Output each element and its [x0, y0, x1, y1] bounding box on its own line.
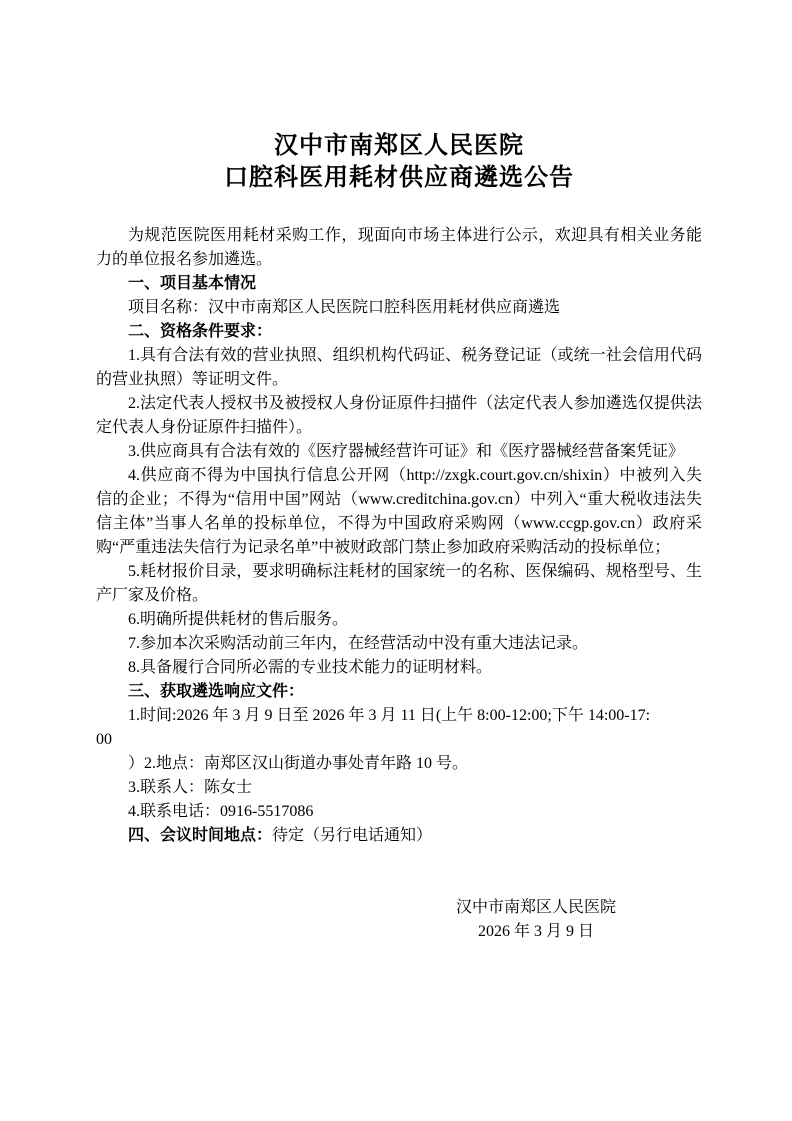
qualification-item-2: 2.法定代表人授权书及被授权人身份证原件扫描件（法定代表人参加遴选仅提供法定代表… [96, 392, 702, 440]
qualification-item-5: 5.耗材报价目录，要求明确标注耗材的国家统一的名称、医保编码、规格型号、生产厂家… [96, 560, 702, 608]
qualification-item-3: 3.供应商具有合法有效的《医疗器械经营许可证》和《医疗器械经营备案凭证》 [96, 440, 702, 464]
announcement-document: 汉中市南郑区人民医院 口腔科医用耗材供应商遴选公告 为规范医院医用耗材采购工作，… [0, 0, 792, 1121]
qualification-item-7: 7.参加本次采购活动前三年内，在经营活动中没有重大违法记录。 [96, 632, 702, 656]
time-line-continuation: 00 [96, 728, 702, 752]
section-1-heading: 一、项目基本情况 [96, 272, 702, 296]
section-4-line: 四、会议时间地点：待定（另行电话通知） [96, 824, 702, 848]
section-3-heading: 三、获取遴选响应文件： [96, 680, 702, 704]
signature-organization: 汉中市南郑区人民医院 [448, 896, 624, 920]
section-4-heading: 四、会议时间地点： [128, 827, 272, 844]
signature-date: 2026 年 3 月 9 日 [448, 920, 624, 944]
qualification-item-1: 1.具有合法有效的营业执照、组织机构代码证、税务登记证（或统一社会信用代码的营业… [96, 344, 702, 392]
qualification-item-4: 4.供应商不得为中国执行信息公开网（http://zxgk.court.gov.… [96, 464, 702, 560]
title-line-2: 口腔科医用耗材供应商遴选公告 [96, 162, 702, 194]
title-line-1: 汉中市南郑区人民医院 [96, 130, 702, 162]
intro-paragraph: 为规范医院医用耗材采购工作，现面向市场主体进行公示，欢迎具有相关业务能力的单位报… [96, 224, 702, 272]
qualification-item-6: 6.明确所提供耗材的售后服务。 [96, 608, 702, 632]
document-title: 汉中市南郑区人民医院 口腔科医用耗材供应商遴选公告 [96, 130, 702, 194]
contact-person-line: 3.联系人：陈女士 [96, 776, 702, 800]
project-name-line: 项目名称：汉中市南郑区人民医院口腔科医用耗材供应商遴选 [96, 296, 702, 320]
time-line: 1.时间:2026 年 3 月 9 日至 2026 年 3 月 11 日(上午 … [96, 704, 702, 728]
signature-block: 汉中市南郑区人民医院 2026 年 3 月 9 日 [448, 896, 624, 944]
section-4-value: 待定（另行电话通知） [272, 827, 432, 844]
contact-phone-line: 4.联系电话：0916-5517086 [96, 800, 702, 824]
address-line: ）2.地点：南郑区汉山街道办事处青年路 10 号。 [96, 752, 702, 776]
section-2-heading: 二、资格条件要求： [96, 320, 702, 344]
qualification-item-8: 8.具备履行合同所必需的专业技术能力的证明材料。 [96, 656, 702, 680]
